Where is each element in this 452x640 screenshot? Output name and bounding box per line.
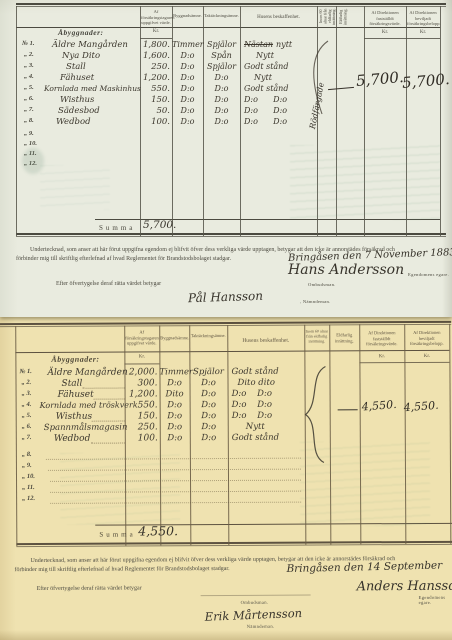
dotted-leader (92, 413, 125, 422)
building-name: Fähuset (58, 390, 94, 400)
kr-label: Kr. (360, 354, 403, 359)
dotted-leader (82, 380, 124, 389)
condition: Nytt (246, 422, 265, 432)
witness-signature: Pål Hansson (188, 289, 263, 306)
col-header-declared-value: Af försäkringstagaren uppgifvet värde. (141, 9, 171, 26)
witness-role-label: Nämndeman. (247, 624, 275, 629)
summa-value: 4,550. (138, 523, 178, 538)
signature-line (201, 595, 311, 597)
row-number: „ 4. (22, 401, 32, 408)
condition: D:o D:o (244, 95, 287, 104)
row-number: „ 11. (22, 484, 35, 491)
ink-bleedthrough (300, 441, 430, 527)
owner-role-label: Egendomens egare. (408, 272, 449, 277)
building-name-cell: Fähuset (58, 390, 125, 400)
declared-value: 1,600. (134, 51, 170, 61)
col-header-within-60: Inom 60 alnar från eldfarlig inrättning. (305, 328, 328, 343)
buildings-label: Åbyggnader: (51, 355, 99, 364)
form-content: Af försäkringstagaren uppgifvet värde. B… (0, 311, 452, 640)
condition: D:o D:o (244, 106, 287, 115)
row-number: „ 9. (22, 462, 32, 469)
condition: Nästannytt (244, 40, 292, 49)
condition: Godt stånd (244, 62, 288, 71)
declared-value: 100. (134, 117, 170, 127)
ink-dash (338, 409, 358, 410)
ink-smudge (22, 148, 44, 174)
building-name: Äldre Mangården (52, 40, 128, 50)
table-row: „ 8. Wedbod 100. D:o D:o D:o D:o (0, 117, 452, 128)
ombudsman-label: Ombudsman. (308, 282, 336, 287)
declared-value: 1,200. (134, 73, 170, 83)
col-header-fire-facility: Eldfarlig inrättning. (339, 7, 362, 26)
place-date-handwriting: Bringåsen den 14 September (286, 560, 442, 576)
building-name: Sädesbod (58, 106, 100, 116)
building-name: Wedbod (54, 434, 91, 444)
row-number: „ 2. (24, 51, 34, 58)
building-name-cell: Kornlada med tröskverk (40, 401, 125, 410)
dotted-leader (94, 391, 125, 400)
condition: Godt stånd (231, 367, 278, 377)
building-material: D:o (160, 400, 190, 410)
table-row: „ 6. Wisthus 150. D:o D:o D:o D:o (0, 95, 452, 106)
owner-signature: Hans Andersson (288, 262, 404, 278)
condition-text: nytt (276, 40, 292, 49)
scanned-documents: Af försäkringstagaren uppgifvet värde. B… (0, 0, 452, 640)
building-material: D:o (172, 95, 203, 104)
kr-label: Kr. (407, 30, 439, 35)
declared-value: 50. (134, 106, 170, 116)
declared-value: 300. (121, 378, 157, 388)
legal-text-line2: förbinder mig till skriftlig efterlefnad… (16, 255, 308, 264)
grid-line (16, 3, 446, 5)
condition: D:o D:o (232, 411, 272, 421)
declared-value: 2,000. (121, 367, 157, 377)
kr-label: Kr. (405, 354, 448, 359)
building-name-cell: Wisthus (56, 412, 125, 422)
kr-label: Kr. (141, 29, 171, 34)
declared-value: 150. (134, 95, 170, 105)
condition: Nytt (254, 73, 272, 82)
roof-material: D:o (190, 389, 228, 399)
row-number: „ 4. (24, 73, 34, 80)
table-row: № 1. Äldre Mangården 1,800. Timmer Spjäl… (0, 40, 452, 51)
row-number: № 1. (19, 368, 31, 375)
row-number: „ 8. (22, 451, 32, 458)
row-number: „ 12. (22, 495, 35, 502)
summa-label: Summa (99, 224, 135, 232)
ombudsman-label: Ombudsman. (241, 600, 269, 605)
building-name-cell: Äldre Mangården (47, 368, 124, 378)
row-number: „ 2. (21, 379, 31, 386)
building-name-cell: Wedbod (54, 434, 125, 444)
approved-insurance-value: 4,550. (361, 398, 397, 414)
roof-material: Spjälor (203, 62, 240, 71)
roof-material: Spjälor (189, 367, 227, 377)
roof-material: D:o (203, 95, 240, 104)
condition: Dito dito (237, 378, 275, 388)
building-name: Nya Dito (62, 51, 100, 61)
roof-material: D:o (190, 400, 228, 410)
col-header-material: Byggnadsämne. (160, 335, 188, 341)
summa-label: Summa (99, 530, 135, 538)
kr-label: Kr. (365, 30, 405, 35)
building-material: D:o (160, 433, 190, 443)
declared-value: 1,800. (134, 40, 170, 50)
row-number: „ 10. (24, 140, 37, 147)
struck-word: Nästan (244, 40, 273, 49)
roof-material: D:o (190, 411, 228, 421)
condition: Godt stånd (244, 84, 288, 93)
ink-bleedthrough (60, 452, 180, 525)
row-number: „ 9. (24, 130, 34, 137)
row-number: „ 3. (24, 62, 34, 69)
roof-material: Spån (203, 51, 240, 60)
insurance-form-later: Af försäkringstagaren uppgifvet värde. B… (0, 312, 452, 640)
building-material: Dito (160, 389, 190, 399)
col-header-dir-value: Af Direktionen fastställdt försäkringsvä… (365, 10, 405, 27)
col-header-condition: Husens beskaffenhet. (229, 338, 302, 345)
condition: Godt stånd (232, 433, 279, 443)
building-material: Timmer (159, 367, 189, 377)
owner-role-label: Egendomens egare. (419, 595, 452, 605)
building-material: D:o (172, 51, 203, 60)
building-material: D:o (172, 73, 203, 82)
witness-role-label: , Nämndeman. (300, 299, 331, 304)
owner-signature: Anders Hansson (357, 579, 452, 595)
row-number: „ 5. (24, 84, 34, 91)
col-header-dir-amount: Af Direktionen beviljadt försäkringsbelo… (405, 330, 448, 347)
building-name: Fähuset (60, 73, 94, 83)
row-number: „ 6. (24, 95, 34, 102)
col-header-dir-amount: Af Direktionen beviljadt försäkringsbelo… (407, 10, 439, 27)
building-material: D:o (172, 62, 203, 71)
condition: D:o D:o (232, 400, 272, 410)
building-name: Stall (66, 62, 86, 72)
table-row: „ 2. Nya Dito 1,600. D:o Spån Nytt (0, 51, 452, 62)
row-number: № 1. (22, 40, 34, 47)
row-number: „ 6. (22, 423, 32, 430)
roof-material: D:o (203, 106, 240, 115)
table-row: „ 7. Sädesbod 50. D:o D:o D:o D:o (0, 106, 452, 117)
ink-bleedthrough (40, 165, 110, 210)
grid-line (16, 6, 446, 7)
condition: D:o D:o (232, 389, 272, 399)
witness-signature: Erik Mårtensson (204, 606, 302, 624)
building-name: Wisthus (60, 95, 94, 105)
grid-line (364, 38, 440, 39)
building-name: Spannmålsmagasin (44, 423, 128, 433)
declared-value: 550. (134, 84, 170, 94)
building-material: D:o (172, 106, 203, 115)
row-number: „ 7. (24, 106, 34, 113)
roof-material: D:o (189, 378, 227, 388)
condition: D:o D:o (244, 117, 287, 126)
declared-value: 550. (122, 400, 158, 410)
col-header-roof: Taktäckningsämne. (190, 333, 226, 339)
building-material: D:o (160, 422, 190, 432)
roof-material: D:o (190, 422, 228, 432)
col-header-condition: Husens beskaffenhet. (242, 15, 315, 21)
building-material: D:o (159, 378, 189, 388)
declared-value: 1,200. (122, 389, 158, 399)
grid-line (16, 236, 446, 237)
col-header-within-60: Inom 60 alnar från eldfarlig inrättning. (319, 7, 335, 26)
declared-value: 150. (122, 411, 158, 421)
building-material: Timmer (172, 40, 203, 49)
grid-line (124, 363, 159, 364)
building-name: Stall (61, 379, 82, 389)
declared-value: 100. (122, 433, 158, 443)
roof-material: D:o (190, 433, 228, 443)
building-material: D:o (160, 411, 190, 421)
building-name: Wisthus (56, 412, 92, 422)
approved-insurance-amount: 4,550. (403, 399, 439, 415)
attest-text: Efter öfvertygelse deraf rätta värdet be… (56, 280, 226, 289)
row-number: „ 3. (22, 390, 32, 397)
declared-value: 250. (122, 422, 158, 432)
row-number: „ 7. (22, 434, 32, 441)
building-name-cell: Spannmålsmagasin (44, 423, 125, 433)
building-name: Wedbod (56, 117, 91, 127)
roof-material: D:o (203, 73, 240, 82)
ink-bleedthrough (290, 145, 440, 220)
building-name: Äldre Mangården (47, 368, 127, 378)
row-number: „ 8. (24, 117, 34, 124)
building-name: Kornlada med Maskinhus (44, 84, 141, 93)
legal-text-line2: förbinder mig till skriftlig efterlefnad… (14, 565, 304, 576)
col-header-declared-value: Af försäkringstagaren uppgifvet värde. (125, 329, 158, 346)
building-material: D:o (172, 117, 203, 126)
col-header-roof: Taktäckningsämne. (204, 13, 239, 19)
roof-material: Spjälor (203, 40, 240, 49)
condition: Nytt (256, 51, 274, 60)
roof-material: D:o (203, 117, 240, 126)
col-header-material: Byggnadsämne. (173, 13, 202, 19)
summa-value: 5,700. (143, 219, 176, 231)
insurance-form-1883: Af försäkringstagaren uppgifvet värde. B… (0, 0, 452, 317)
row-number: „ 5. (22, 412, 32, 419)
declared-value: 250. (134, 62, 170, 72)
attest-text: Efter öfvertygelse deraf rätta värdet be… (37, 584, 207, 594)
building-material: D:o (172, 84, 203, 93)
building-name-cell: Stall (61, 379, 124, 389)
buildings-label: Åbyggnader: (58, 28, 104, 37)
kr-label: Kr. (125, 354, 158, 359)
row-number: „ 10. (22, 473, 35, 480)
roof-material: D:o (203, 84, 240, 93)
grid-line (16, 233, 446, 235)
col-header-dir-value: Af Direktionen fastställdt försäkringsvä… (360, 330, 403, 347)
grid-line (15, 350, 449, 353)
dotted-leader (90, 435, 124, 444)
grid-line (140, 38, 172, 39)
col-header-fire-facility: Eldfarlig inrättning. (330, 332, 358, 343)
